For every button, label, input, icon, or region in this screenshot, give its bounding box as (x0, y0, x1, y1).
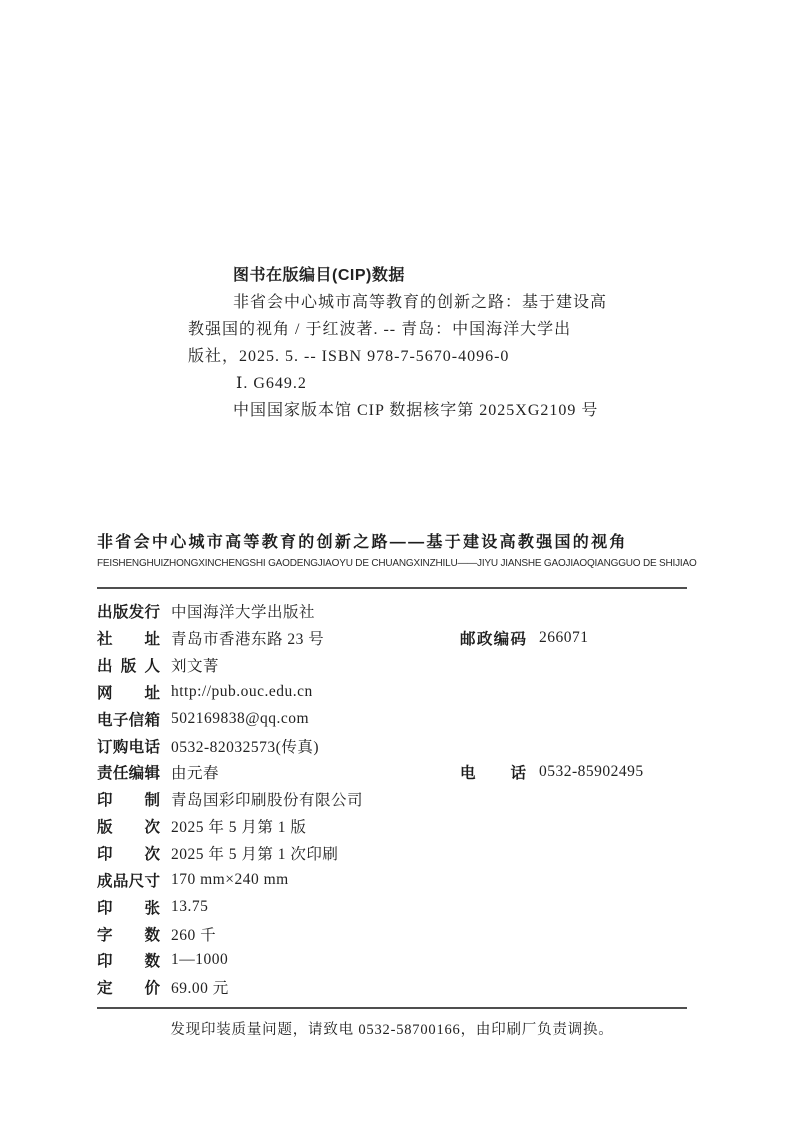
row-sheets: 印张 13.75 (97, 893, 687, 920)
copyright-page: 图书在版编目(CIP)数据 非省会中心城市高等教育的创新之路：基于建设高 教强国… (0, 0, 799, 1129)
row-right-value: 0532-85902495 (539, 763, 644, 781)
footer-divider-rule (97, 1007, 687, 1009)
row-value: 170 mm×240 mm (171, 871, 289, 889)
row-label: 社址 (97, 627, 160, 649)
row-label: 网址 (97, 681, 160, 703)
row-label: 成品尺寸 (97, 869, 160, 891)
row-printer: 印制 青岛国彩印刷股份有限公司 (97, 786, 687, 813)
row-address: 社址 青岛市香港东路 23 号 邮政编码 266071 (97, 625, 687, 652)
row-value: 0532-82032573(传真) (171, 735, 319, 757)
row-word-count: 字数 260 千 (97, 920, 687, 947)
row-right-group: 邮政编码 266071 (460, 625, 589, 652)
row-price: 定价 69.00 元 (97, 974, 687, 1001)
row-edition: 版次 2025 年 5 月第 1 版 (97, 813, 687, 840)
row-label: 出版人 (97, 654, 160, 676)
book-title: 非省会中心城市高等教育的创新之路——基于建设高教强国的视角 (97, 529, 687, 552)
row-publisher: 出版发行 中国海洋大学出版社 (97, 598, 687, 625)
book-title-pinyin: FEISHENGHUIZHONGXINCHENGSHI GAODENGJIAOY… (97, 558, 687, 569)
row-value: 刘文菁 (171, 654, 219, 676)
row-value: 13.75 (171, 898, 208, 916)
row-impression: 印次 2025 年 5 月第 1 次印刷 (97, 840, 687, 867)
cip-record-number: 中国国家版本馆 CIP 数据核字第 2025XG2109 号 (188, 397, 648, 424)
row-label: 印次 (97, 842, 160, 864)
row-value: 69.00 元 (171, 976, 229, 998)
cip-line-3: 版社，2025. 5. -- ISBN 978-7-5670-4096-0 (188, 343, 648, 370)
title-divider-rule (97, 587, 687, 589)
row-label: 责任编辑 (97, 761, 160, 783)
row-email: 电子信箱 502169838@qq.com (97, 705, 687, 732)
row-label: 定价 (97, 976, 160, 998)
row-right-value: 266071 (539, 629, 589, 647)
row-right-label: 电话 (460, 761, 526, 783)
row-value: 中国海洋大学出版社 (171, 600, 315, 622)
quality-notice: 发现印装质量问题，请致电 0532-58700166，由印刷厂负责调换。 (97, 1018, 687, 1039)
row-print-run: 印数 1—1000 (97, 947, 687, 974)
row-order-phone: 订购电话 0532-82032573(传真) (97, 732, 687, 759)
row-label: 版次 (97, 815, 160, 837)
row-right-label: 邮政编码 (460, 627, 526, 649)
row-value: 1—1000 (171, 951, 228, 969)
row-value: 2025 年 5 月第 1 次印刷 (171, 842, 338, 864)
row-label: 字数 (97, 923, 160, 945)
cip-line-2: 教强国的视角 / 于红波著. -- 青岛：中国海洋大学出 (188, 316, 648, 343)
row-value: http://pub.ouc.edu.cn (171, 683, 313, 701)
row-value: 502169838@qq.com (171, 710, 309, 728)
row-label: 印张 (97, 896, 160, 918)
row-label: 电子信箱 (97, 708, 160, 730)
row-label: 出版发行 (97, 600, 160, 622)
row-value: 由元春 (171, 761, 219, 783)
row-label: 订购电话 (97, 735, 160, 757)
row-value: 2025 年 5 月第 1 版 (171, 815, 306, 837)
colophon: 出版发行 中国海洋大学出版社 社址 青岛市香港东路 23 号 邮政编码 2660… (97, 598, 687, 1001)
row-label: 印制 (97, 788, 160, 810)
row-value: 青岛市香港东路 23 号 (171, 627, 324, 649)
row-label: 印数 (97, 949, 160, 971)
row-value: 青岛国彩印刷股份有限公司 (171, 788, 363, 810)
title-block: 非省会中心城市高等教育的创新之路——基于建设高教强国的视角 FEISHENGHU… (97, 529, 687, 569)
row-value: 260 千 (171, 923, 216, 945)
cip-classification: Ⅰ. G649.2 (188, 370, 648, 397)
row-editor: 责任编辑 由元春 电话 0532-85902495 (97, 759, 687, 786)
cip-heading: 图书在版编目(CIP)数据 (188, 262, 648, 289)
cip-line-1: 非省会中心城市高等教育的创新之路：基于建设高 (188, 289, 648, 316)
cip-block: 图书在版编目(CIP)数据 非省会中心城市高等教育的创新之路：基于建设高 教强国… (188, 262, 648, 424)
row-right-group: 电话 0532-85902495 (460, 759, 644, 786)
row-publisher-person: 出版人 刘文菁 (97, 652, 687, 679)
row-trim-size: 成品尺寸 170 mm×240 mm (97, 866, 687, 893)
row-website: 网址 http://pub.ouc.edu.cn (97, 679, 687, 706)
